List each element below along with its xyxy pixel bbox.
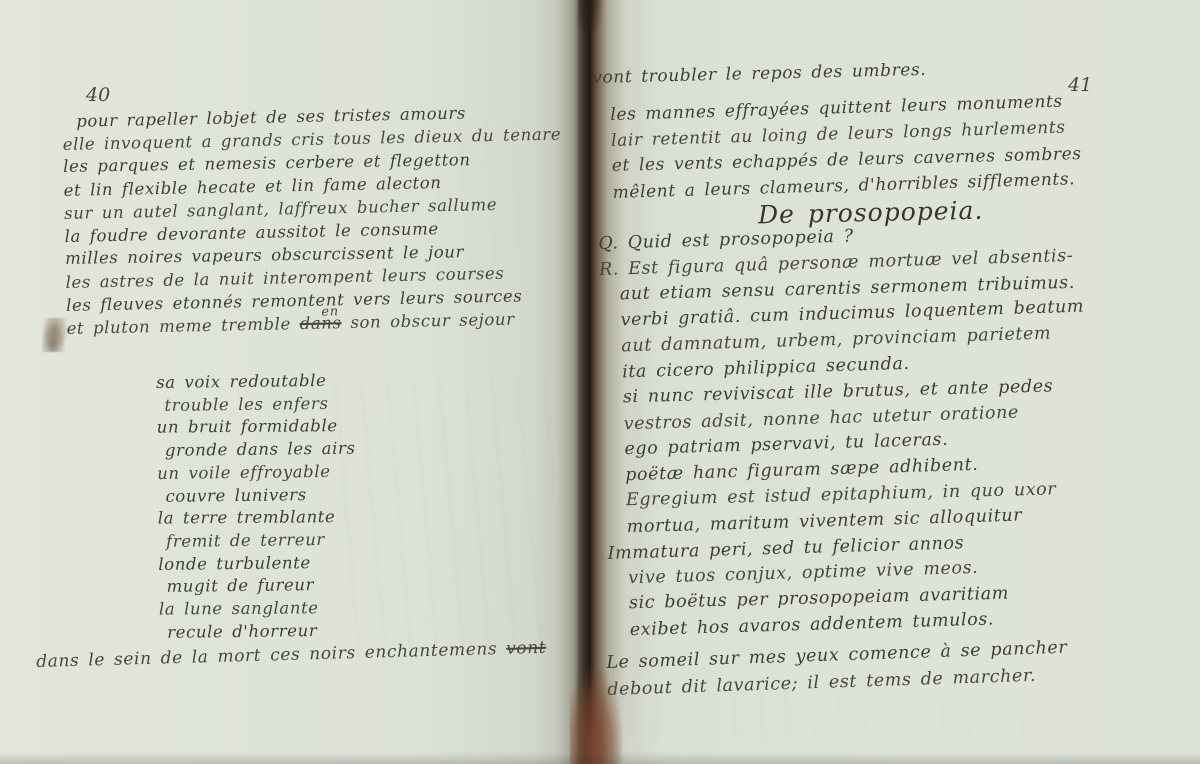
inserted-word: en <box>321 300 339 323</box>
manuscript-photo: 40 pour rapeller lobjet de ses tristes a… <box>0 0 1200 764</box>
manuscript-line: la terre tremblante <box>158 506 357 530</box>
manuscript-line: couvre lunivers <box>165 483 356 508</box>
manuscript-line: trouble les enfers <box>164 392 355 417</box>
manuscript-line: un voile effroyable <box>157 460 356 485</box>
right-opening-block: les mannes effrayées quittent leurs monu… <box>610 88 1083 206</box>
tremble-pre: et pluton meme tremble <box>66 314 300 338</box>
manuscript-line: sa voix redoutable <box>156 370 355 395</box>
manuscript-line: la lune sanglante <box>159 597 358 621</box>
manuscript-line: fremit de terreur <box>166 528 357 553</box>
struck-word: vont <box>506 638 547 659</box>
tremble-post: son obscur sejour <box>341 310 514 333</box>
manuscript-line: un bruit formidable <box>157 415 356 439</box>
right-body-block: Q. Quid est prosopopeia ?R. Est figura q… <box>598 218 1094 645</box>
page-number-left: 40 <box>86 84 110 106</box>
left-poem-lines: pour rapeller lobjet de ses tristes amou… <box>62 100 565 317</box>
left-stanza-block: sa voix redoutabletrouble les enfersun b… <box>156 370 358 645</box>
manuscript-line: londe turbulente <box>158 551 357 576</box>
manuscript-line: recule d'horreur <box>167 619 358 644</box>
left-poem-block: pour rapeller lobjet de ses tristes amou… <box>62 100 565 340</box>
manuscript-line: gronde dans les airs <box>165 438 356 463</box>
manuscript-line: mugit de fureur <box>166 574 357 599</box>
